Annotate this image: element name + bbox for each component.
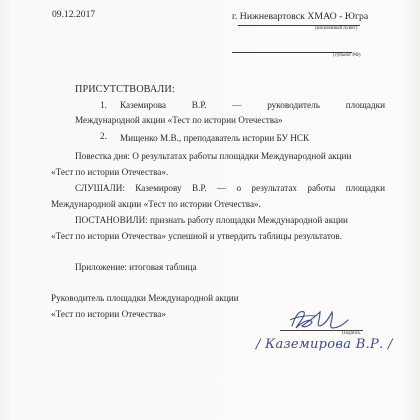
- agenda-line1: Повестка дня: О результатах работы площа…: [75, 151, 351, 161]
- resolved-line2: «Тест по истории Отечества» успешной и у…: [51, 231, 342, 241]
- attendee-1-line1: Каземирова В.Р. — руководитель площадки: [120, 100, 385, 110]
- attendee-1-word: Каземирова: [120, 100, 166, 110]
- attendee-1-number: 1.: [100, 100, 107, 110]
- heard-word: В.Р.: [192, 183, 207, 193]
- attendee-2-line1: Мищенко М.В., преподаватель истории БУ Н…: [120, 133, 309, 143]
- signer-title-line2: «Тест по истории Отечества»: [51, 309, 166, 319]
- scanned-document-page: 09.12.2017 г. Нижневартовск ХМАО - Югра …: [0, 0, 420, 420]
- resolved-line1: ПОСТАНОВИЛИ: признать работу площадки Ме…: [75, 215, 348, 225]
- attendee-1-word: —: [232, 100, 241, 110]
- locality-caption: (населенный пункт): [315, 26, 357, 31]
- signer-title-line1: Руководитель площадки Международной акци…: [51, 293, 239, 303]
- appendix-line: Приложение: итоговая таблица: [75, 262, 197, 272]
- attendee-1-word: площадки: [346, 100, 385, 110]
- heard-word: Каземирову: [135, 183, 181, 193]
- attendee-1-word: руководитель: [267, 100, 320, 110]
- heard-line2: Международной акции «Тест по истории Оте…: [51, 199, 261, 209]
- heard-word: результатах: [251, 183, 297, 193]
- handwritten-name: / Каземирова В.Р. /: [256, 337, 393, 352]
- present-heading: ПРИСУТСТВОВАЛИ:: [75, 84, 175, 95]
- signature-caption: Подпись: [342, 331, 360, 336]
- attendee-1-line2: Международной акции «Тест по истории Оте…: [75, 115, 283, 125]
- agenda-line2: «Тест по истории Отечества».: [51, 167, 168, 177]
- document-date: 09.12.2017: [52, 9, 95, 20]
- attendee-1-word: В.Р.: [192, 100, 207, 110]
- handwritten-signature-icon: [286, 306, 356, 332]
- subject-caption: (субъект РФ): [333, 53, 361, 58]
- heard-word: о: [236, 183, 241, 193]
- locality-text: г. Нижневартовск ХМАО - Югра: [232, 11, 368, 22]
- attendee-2-number: 2.: [100, 131, 107, 141]
- heard-word: СЛУШАЛИ:: [75, 183, 125, 193]
- heard-word: —: [217, 183, 226, 193]
- heard-word: работы: [307, 183, 335, 193]
- heard-word: площадки: [346, 183, 385, 193]
- heard-line1: СЛУШАЛИ: Каземирову В.Р. — о результатах…: [75, 183, 385, 193]
